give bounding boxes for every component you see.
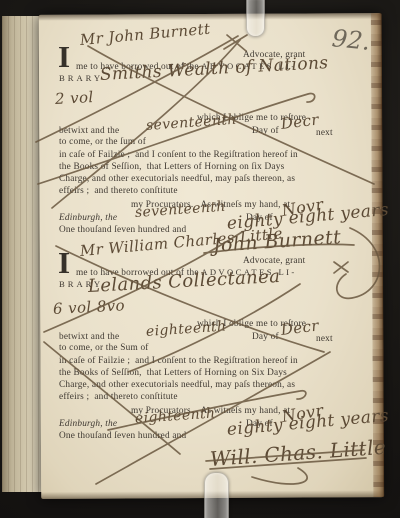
printed-line: Edinburgh, the [59, 419, 117, 429]
photograph-background: I Mr John Burnett Advocate, grant me to … [0, 0, 400, 518]
book-title-handwritten: Smiths Wealth of Nations [100, 55, 329, 84]
printed-line: Charge, and other executorials needful, … [59, 380, 295, 390]
return-day-handwritten: seventeenth [146, 113, 238, 133]
printed-line: next [316, 128, 333, 138]
printed-line: betwixt and the [59, 126, 119, 136]
printed-line: to come, or the Sum of [59, 343, 149, 353]
printed-line: One thouſand ſeven hundred and [59, 431, 186, 441]
printed-line: effeirs ; and thereto conſtitute [59, 186, 178, 196]
printed-line: next [316, 334, 333, 344]
page-content: I Mr John Burnett Advocate, grant me to … [0, 0, 400, 518]
drop-cap: I [58, 42, 70, 72]
printed-line: in caſe of Failzie ; and I conſent to th… [59, 150, 298, 160]
printed-line: the Books of Seſſion, that Letters of Ho… [59, 368, 287, 378]
printed-line: Advocate, grant [243, 256, 305, 266]
volume-count-handwritten: 2 vol [55, 90, 94, 107]
printed-line: BRARY [59, 73, 103, 83]
folio-number-handwritten: 92. [331, 24, 372, 56]
printed-line: Day of [252, 126, 279, 136]
top-plastic-clip [246, 0, 265, 37]
printed-line: the Books of Seſſion, that Letters of Ho… [59, 162, 284, 172]
printed-line: to come, or the ſum of [59, 137, 146, 147]
signature-handwritten: Will. Chas. Little [209, 437, 386, 469]
return-day-handwritten: eighteenth [146, 319, 227, 339]
drop-cap: I [58, 248, 70, 278]
bottom-plastic-clip [204, 472, 229, 518]
printed-line: betwixt and the [59, 332, 119, 342]
borrowing-entry-little: I Mr William Charles Little Advocate, gr… [0, 206, 400, 466]
printed-line: Day of [252, 332, 279, 342]
signing-day-handwritten: eighteenth [135, 406, 216, 426]
printed-line: in caſe of Failzie ; and I conſent to th… [59, 356, 298, 366]
volume-count-handwritten: 6 vol 8vo [53, 298, 126, 317]
printed-line: effeirs ; and thereto conſtitute [59, 392, 178, 402]
return-month-handwritten: Decr [280, 318, 320, 338]
borrower-name-handwritten: Mr William Charles Little [79, 226, 283, 259]
printed-line: Charge, and other executorials needful, … [59, 174, 295, 184]
return-month-handwritten: Decr [280, 112, 320, 132]
borrower-name-handwritten: Mr John Burnett [79, 22, 211, 48]
